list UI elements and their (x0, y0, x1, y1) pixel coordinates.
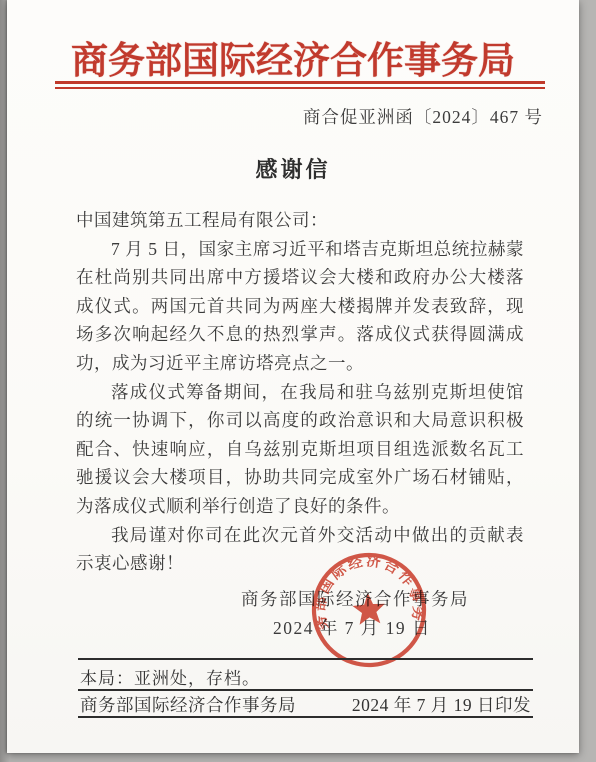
letterhead-double-rule (55, 81, 545, 89)
footer-separator-top (78, 658, 533, 660)
body-paragraph-1: 7 月 5 日，国家主席习近平和塔吉克斯坦总统拉赫蒙在杜尚别共同出席中方援塔议会… (76, 235, 524, 378)
letterhead-title: 商务部国际经济合作事务局 (7, 30, 579, 84)
letter-body: 中国建筑第五工程局有限公司： 7 月 5 日，国家主席习近平和塔吉克斯坦总统拉赫… (76, 206, 524, 578)
star-icon (352, 592, 386, 625)
issuer-name: 商务部国际经济合作事务局 (80, 692, 296, 717)
distribution-note: 本局：亚洲处，存档。 (80, 664, 260, 689)
svg-text:商务部国际经济合作事务局: 商务部国际经济合作事务局 (305, 546, 429, 633)
footer-separator-middle (78, 689, 533, 691)
document-paper: 商务部国际经济合作事务局 商合促亚洲函〔2024〕467 号 感谢信 中国建筑第… (7, 0, 579, 753)
print-date: 2024 年 7 月 19 日印发 (352, 692, 531, 717)
body-paragraph-2: 落成仪式筹备期间，在我局和驻乌兹别克斯坦使馆的统一协调下，你司以高度的政治意识和… (76, 378, 524, 521)
seal-arc-text: 商务部国际经济合作事务局 (305, 546, 429, 633)
official-seal: 商务部国际经济合作事务局 (305, 546, 433, 674)
issue-info-row: 商务部国际经济合作事务局 2024 年 7 月 19 日印发 (80, 692, 531, 717)
document-number: 商合促亚洲函〔2024〕467 号 (303, 104, 543, 129)
footer-separator-bottom (78, 716, 533, 718)
body-paragraph-3: 我局谨对你司在此次元首外交活动中做出的贡献表示衷心感谢！ (76, 521, 524, 578)
letter-title: 感谢信 (7, 153, 579, 184)
addressee-line: 中国建筑第五工程局有限公司： (76, 206, 524, 235)
scanned-letter-page: 商务部国际经济合作事务局 商合促亚洲函〔2024〕467 号 感谢信 中国建筑第… (0, 0, 596, 762)
